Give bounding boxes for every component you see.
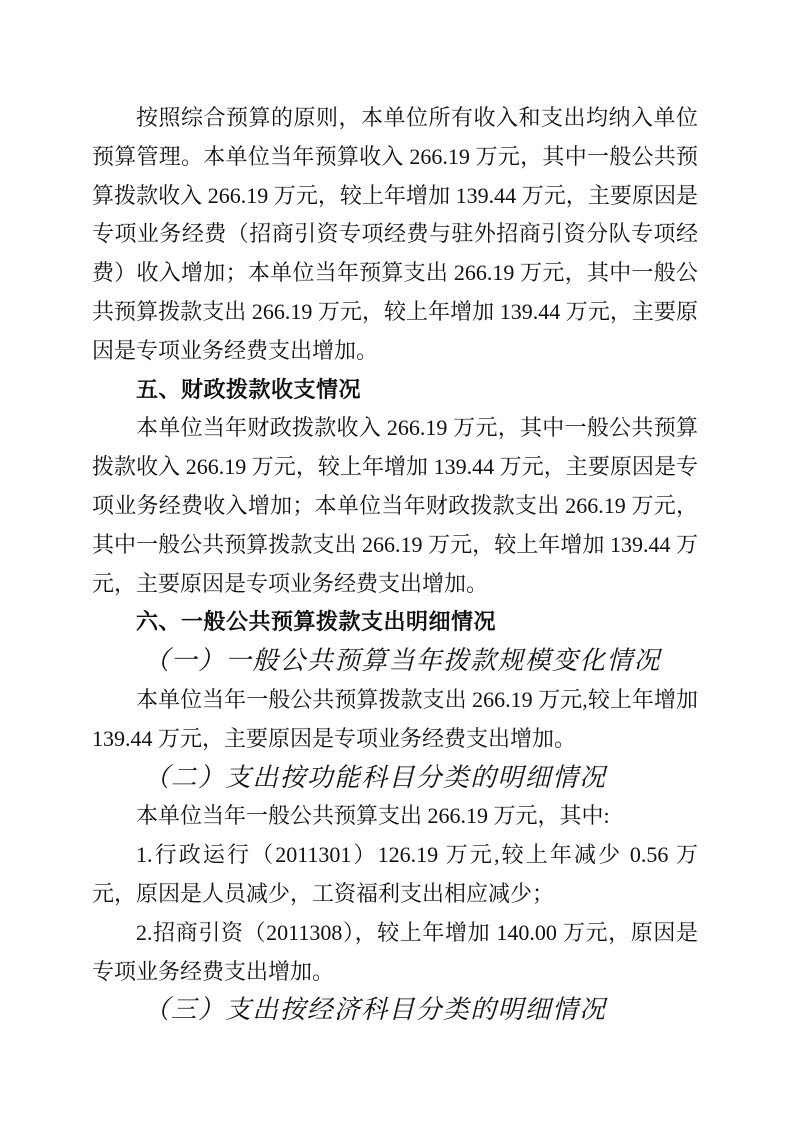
document-content: 按照综合预算的原则，本单位所有收入和支出均纳入单位预算管理。本单位当年预算收入 … [92, 99, 698, 1030]
paragraph-comprehensive-budget-overview: 按照综合预算的原则，本单位所有收入和支出均纳入单位预算管理。本单位当年预算收入 … [92, 99, 698, 371]
document-page: 按照综合预算的原则，本单位所有收入和支出均纳入单位预算管理。本单位当年预算收入 … [0, 0, 793, 1122]
paragraph-fiscal-appropriation-detail: 本单位当年财政拨款收入 266.19 万元，其中一般公共预算拨款收入 266.1… [92, 409, 698, 603]
sub-heading-expenditure-by-function: （二）支出按功能科目分类的明细情况 [92, 759, 698, 798]
section-heading-public-budget-expenditure-detail: 六、一般公共预算拨款支出明细情况 [92, 603, 698, 642]
paragraph-item-administrative-operation: 1.行政运行（2011301）126.19 万元,较上年减少 0.56 万元，原… [92, 836, 698, 914]
sub-heading-appropriation-scale-change: （一）一般公共预算当年拨款规模变化情况 [92, 642, 698, 681]
sub-heading-expenditure-by-economic-category: （三）支出按经济科目分类的明细情况 [92, 991, 698, 1030]
paragraph-item-investment-promotion: 2.招商引资（2011308），较上年增加 140.00 万元，原因是专项业务经… [92, 914, 698, 992]
paragraph-appropriation-scale-change-detail: 本单位当年一般公共预算拨款支出 266.19 万元,较上年增加 139.44 万… [92, 681, 698, 759]
paragraph-expenditure-by-function-intro: 本单位当年一般公共预算支出 266.19 万元，其中: [92, 797, 698, 836]
section-heading-fiscal-appropriation: 五、财政拨款收支情况 [92, 371, 698, 410]
